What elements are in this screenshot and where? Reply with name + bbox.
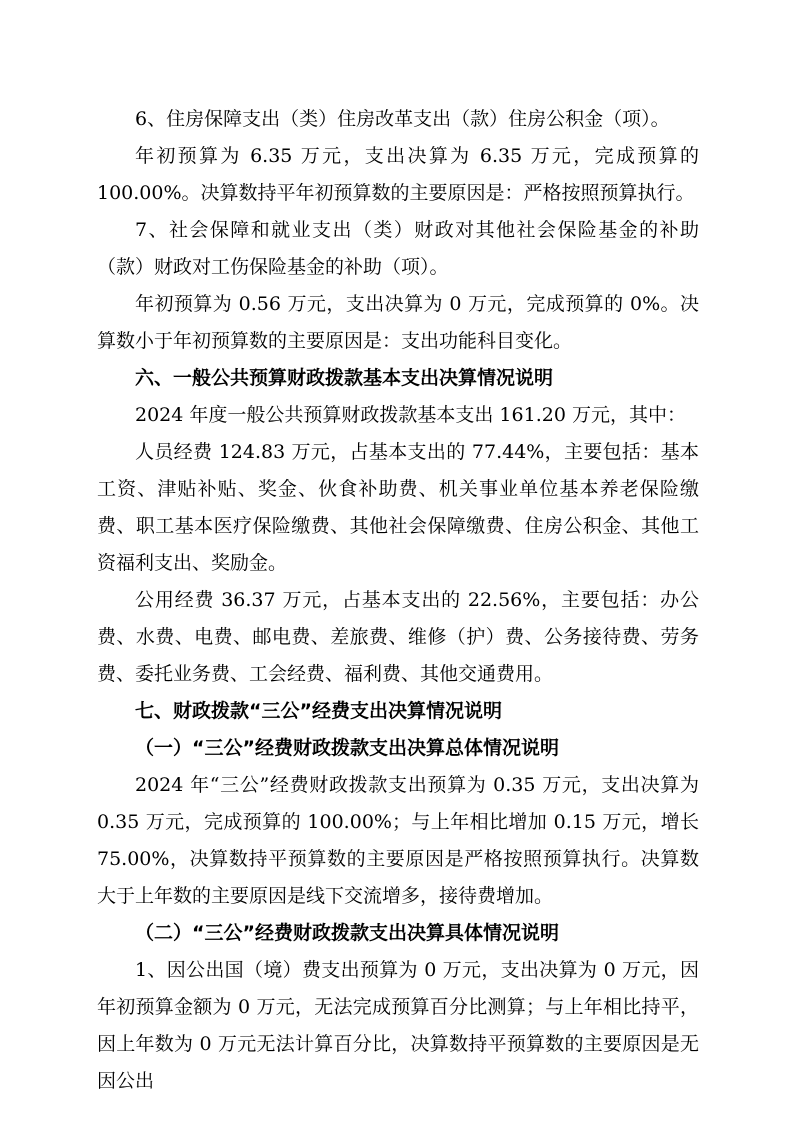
paragraph-public-funds: 公用经费 36.37 万元，占基本支出的 22.56%，主要包括：办公费、水费、… xyxy=(97,582,699,693)
paragraph-social-security-detail: 年初预算为 0.56 万元，支出决算为 0 万元，完成预算的 0%。决算数小于年… xyxy=(97,286,699,360)
document-page: 6、住房保障支出（类）住房改革支出（款）住房公积金（项）。 年初预算为 6.35… xyxy=(0,0,793,1122)
subsection-heading-specific: （二）“三公”经费财政拨款支出决算具体情况说明 xyxy=(97,915,699,952)
subsection-heading-overall: （一）“三公”经费财政拨款支出决算总体情况说明 xyxy=(97,730,699,767)
paragraph-basic-expenditure-total: 2024 年度一般公共预算财政拨款基本支出 161.20 万元，其中： xyxy=(97,397,699,434)
paragraph-overseas-travel-detail: 1、因公出国（境）费支出预算为 0 万元，支出决算为 0 万元，因年初预算金额为… xyxy=(97,952,699,1100)
paragraph-social-security-item-7: 7、社会保障和就业支出（类）财政对其他社会保险基金的补助（款）财政对工伤保险基金… xyxy=(97,212,699,286)
paragraph-three-public-overview: 2024 年“三公”经费财政拨款支出预算为 0.35 万元，支出决算为 0.35… xyxy=(97,767,699,915)
section-heading-three-public: 七、财政拨款“三公”经费支出决算情况说明 xyxy=(97,693,699,730)
paragraph-housing-budget-detail: 年初预算为 6.35 万元，支出决算为 6.35 万元，完成预算的 100.00… xyxy=(97,138,699,212)
paragraph-housing-item-6: 6、住房保障支出（类）住房改革支出（款）住房公积金（项）。 xyxy=(97,101,699,138)
paragraph-personnel-funds: 人员经费 124.83 万元，占基本支出的 77.44%，主要包括：基本工资、津… xyxy=(97,434,699,582)
section-heading-basic-expenditure: 六、一般公共预算财政拨款基本支出决算情况说明 xyxy=(97,360,699,397)
